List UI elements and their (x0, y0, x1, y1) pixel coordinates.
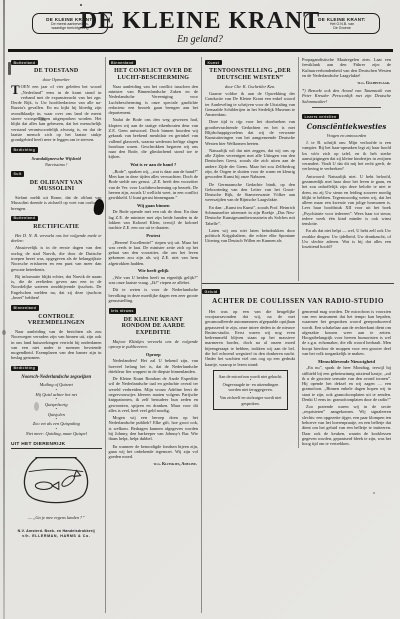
article-body: „En nu”, sprak de heer Mondtag, terwijl … (302, 365, 391, 402)
article-subhead: Menschlievende Nieuwigheid (302, 359, 391, 365)
article-byline: door Chr. K. Gscheitler Kzn. (205, 84, 295, 89)
article-body: De Bode opende met een ruk de deur. En d… (109, 209, 199, 230)
article-body: „Bode”, spraken wij, „wat is daar aan de… (109, 169, 199, 201)
article-body: „Heeren! Excellentie!” riepen wij uit. M… (109, 240, 199, 266)
article-intro: Het D. N. B. verzoekt ons het volgende m… (11, 233, 102, 244)
studio-rules-box: Aan de microfoon wordt niet gekucht. • O… (213, 370, 288, 410)
cartoon-header: UIT HET DIERENRIJK (11, 442, 102, 450)
poem-title: Noorsch-Nederlandsche zegswijzen (11, 375, 102, 381)
article-body: Natuurlijk wil dat niet zeggen, dat wij … (205, 148, 295, 180)
quisling-poem: Noorsch-Nederlandsche zegswijzen Muiling… (11, 375, 102, 437)
article-headline-controle: CONTROLE VREEMDELINGEN (11, 314, 102, 327)
article-subhead: Wat is er aan de hand ? (109, 162, 199, 168)
article-subhead: Wie heeft gelijk (109, 268, 199, 274)
article-signature: w.g. Klitskjes, Adeline. (109, 461, 198, 466)
article-subhead: Oproep (109, 352, 199, 358)
article-intro: Majoor Klitskjes verzoekt ons de volgend… (109, 339, 199, 350)
radio-columns: Het was op een van die heugelijke voorja… (202, 309, 394, 449)
section-kicker: Binnenland (109, 60, 137, 65)
section-kicker: Lezers vertellen (302, 114, 339, 119)
columns: Buitenland DE TOESTAND door Opmerker TOE… (0, 54, 400, 613)
column-2: Binnenland HET CONFLICT OVER DE LUCHT-BE… (105, 57, 202, 613)
article-body: Nederlanders! Het zal U bekend zijn, van… (109, 358, 199, 374)
article-body: Gaarne voldoe ik aan de Opwekking der Co… (205, 91, 295, 117)
section-kicker: Buitenland (11, 60, 38, 65)
right-column-pair: Kunst TENTOONSTELLING „DER DEUTSCHE WEST… (201, 57, 394, 613)
article-headline-toestand: DE TOESTAND (11, 68, 102, 75)
article-body: genoemd mag worden. De microfoon is voor… (302, 309, 391, 357)
masthead-left-box: DE KLEINE KRANT: De meest aanbevelens- w… (32, 13, 108, 34)
column-4: Propagandistische Maatregelen zien. Laat… (298, 57, 394, 281)
section-kicker: Buitenland (11, 216, 38, 221)
poem-bullet: • (11, 398, 102, 401)
masthead: DE KLEINE KRANT: De meest aanbevelens- w… (0, 0, 400, 54)
newspaper-page: DE KLEINE KRANT: De meest aanbevelens- w… (0, 0, 400, 619)
article-body: En wanneer de benoodigde fondsen bijeen … (109, 444, 199, 460)
article-headline-conflict: HET CONFLICT OVER DE LUCHT-BESCHERMING (109, 68, 199, 81)
article-body: Naar aanleiding van de berichten als zou… (11, 329, 102, 361)
advertisement-note: *) Bezoekt ook den Avond van Tanzmusik v… (302, 88, 391, 104)
article-headline-tentoonstelling: TENTOONSTELLING „DER DEUTSCHE WESTEN” (205, 68, 295, 81)
radio-section: Geluid ACHTER DE COULISSEN VAN RADIO-STU… (202, 283, 394, 613)
article-subtitle: Vragen en antwoorden (302, 133, 391, 138)
article-body: TOEN een jaar of vier geleden het woord … (11, 84, 102, 142)
column-3: Kunst TENTOONSTELLING „DER DEUTSCHE WEST… (202, 57, 298, 281)
section-kicker: Geluid (202, 289, 220, 294)
right-top-section: Kunst TENTOONSTELLING „DER DEUTSCHE WEST… (202, 57, 394, 281)
section-kicker: Kunst (205, 60, 222, 65)
article-body: Bij informatie blijkt echter, dat Narvik… (11, 274, 102, 300)
article-body: Antwoord: Natuurlijk niet. U hebt beloof… (302, 174, 391, 227)
article-headline-rectificatie: RECTIFICATIE (11, 224, 102, 231)
section-kicker: Binnenland (11, 305, 39, 310)
poem-bullet: • (11, 408, 102, 411)
article-body: De Germaansche Gedachte bindt, op den Ge… (205, 182, 295, 203)
article-body: Naar aanleiding van het conflict tussche… (109, 84, 199, 116)
article-body: Abusievelijk is in de eerste dagen van d… (11, 245, 102, 271)
masthead-right-box: DE KLEINE KRANT: Het O.N.B. van De Groen… (304, 13, 380, 34)
section-kicker: Bedichting (11, 147, 38, 152)
article-body: Stefani meldt uit Rome, dat de olifant v… (11, 195, 102, 211)
scan-crease (3, 0, 5, 619)
cartoon-caption: — „Ga je mee ergens landen ?” (11, 515, 102, 520)
article-body: De Kleine Krant Rondom de Aarde Expediti… (109, 376, 199, 413)
column-1: Buitenland DE TOESTAND door Opmerker TOE… (8, 57, 105, 613)
masthead-right-box-line: De Groene (307, 26, 377, 30)
masthead-left-box-line: waardige berichtgeving (35, 26, 105, 30)
ink-smudge (34, 402, 39, 411)
article-subhead: Wij gaan binnen (109, 203, 199, 209)
article-body: Dit te weten is voor de Nederlandsche be… (109, 287, 199, 303)
poem-bullet: • (11, 389, 102, 392)
printer-line: v/h. ELLERMAN, HARMS & Co. (11, 534, 102, 539)
article-body: Zoo pratende waren wij in de sectie „req… (302, 404, 391, 446)
ink-smudge (8, 62, 11, 75)
article-body: „Wie van U beiden heeft nu eigenlijk gel… (109, 275, 199, 286)
article-body: Laten wij ons niet laten beïndrukken doo… (205, 228, 295, 244)
article-signature: w.g. Gscheitlaar. (302, 80, 390, 85)
joke-line: Scandaligneesche Wijsheid (11, 156, 102, 161)
article-text: OEN een jaar of vier geleden het woord „… (11, 84, 102, 142)
article-body: Deze tijd is rijp voor het doorbreken va… (205, 119, 295, 145)
poem-line: Niet meer: Quisling, maar Quispel (11, 431, 102, 436)
ink-speck (373, 492, 375, 494)
joke-block: Scandaligneesche Wijsheid Narvissimo ! (11, 156, 102, 168)
masthead-rule (8, 49, 393, 52)
fishbowl-cartoon (11, 452, 102, 513)
article-body-continuation: Propagandistische Maatregelen zien. Laat… (302, 57, 391, 78)
poem-bullet: • (11, 428, 102, 431)
section-kicker: Iets nieuws (109, 308, 137, 313)
newspaper-subtitle: En geland? (0, 34, 400, 45)
poem-bullet: • (11, 418, 102, 421)
article-body: En dan: „Kunst im Kunst”, zooals Prof. H… (205, 205, 295, 226)
article-byline: door Opmerker (11, 77, 102, 82)
article-body: J. te B. schrijft ons: Mijn verloofde is… (302, 140, 391, 172)
article-headline-conscientie: Consciëntiekwesties (302, 123, 391, 131)
poem-line: Zoo vet als een Quispaling (11, 421, 102, 426)
article-headline-olifant: DE OLIFANT VAN MUSSOLINI (11, 180, 102, 193)
drop-cap: T (11, 84, 21, 95)
article-body: En als dat niet helpt — wel, U hebt zelf… (302, 228, 391, 249)
section-kicker: Bedichting (11, 366, 38, 371)
article-headline-expeditie: DE KLEINE KRANT RONDOM DE AARDE EXPEDITI… (109, 317, 199, 337)
radio-right-column: genoemd mag worden. De microfoon is voor… (298, 309, 394, 449)
fishbowl-drawing (16, 452, 96, 512)
divider-rule (312, 107, 381, 108)
joke-line: Narvissimo ! (11, 162, 102, 167)
radio-left-column: Het was op een van die heugelijke voorja… (202, 309, 298, 449)
article-body: Het was op een van die heugelijke voorja… (205, 309, 295, 367)
article-body: Nadat de Bode ons den weg gewezen had, k… (109, 117, 199, 159)
rule-line: Van zichzelf en stofzuiger wordt niet ge… (218, 395, 283, 406)
ink-smudge (2, 330, 6, 335)
poem-line: Muiling of Quisnet (11, 382, 102, 387)
printer-credit: N.V. Amsterd. Boek- en Handelsdrukkerij … (11, 529, 102, 540)
article-body: Mogen wij een beroep doen op het Nederla… (109, 415, 199, 441)
article-subhead: Protest (109, 233, 199, 239)
article-headline-radio: ACHTER DE COULISSEN VAN RADIO-STUDIO (202, 297, 394, 305)
section-kicker: Sult (11, 171, 24, 176)
ink-smudge (39, 117, 45, 121)
